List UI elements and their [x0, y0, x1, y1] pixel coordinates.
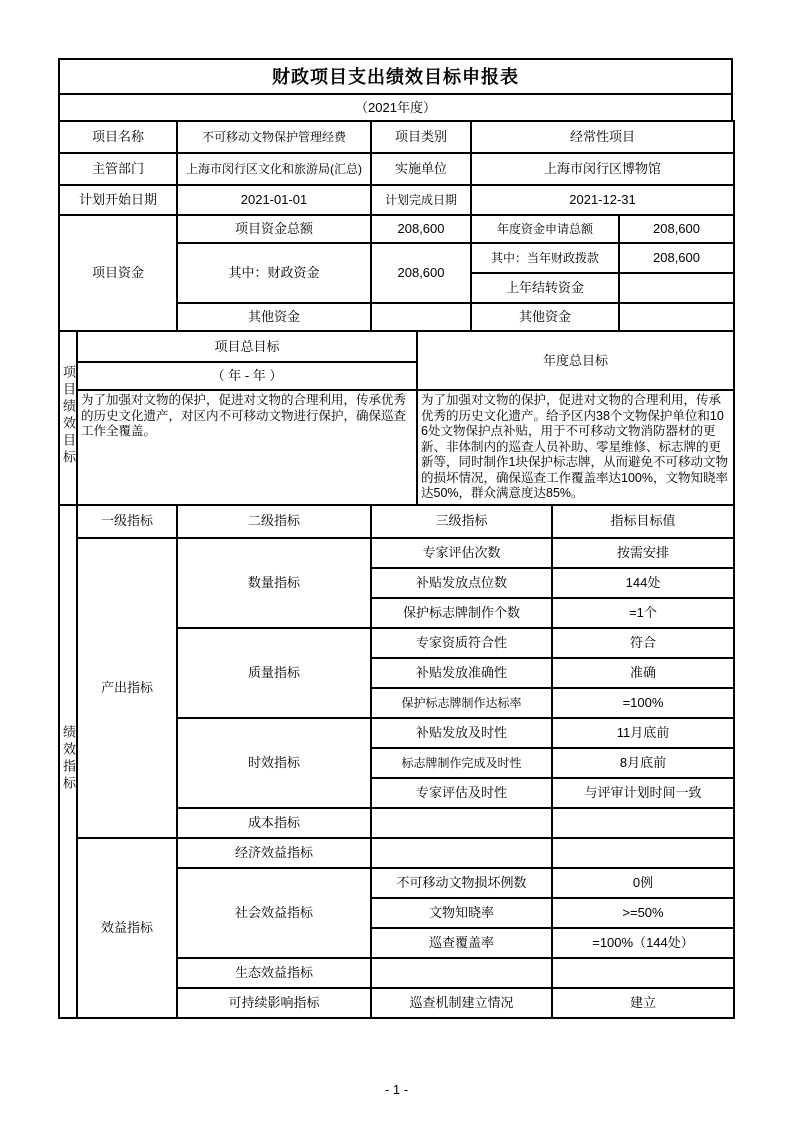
- header-level3: 三级指标: [371, 505, 552, 538]
- other-funds-left-label: 其他资金: [177, 303, 371, 331]
- indicator-target: 144处: [552, 568, 734, 598]
- indicator-target: [552, 958, 734, 988]
- start-date-value: 2021-01-01: [177, 185, 371, 215]
- level2-economic: 经济效益指标: [177, 838, 371, 868]
- indicator-name: 不可移动文物损坏例数: [371, 868, 552, 898]
- level2-quality: 质量指标: [177, 628, 371, 718]
- basic-info-table: 项目名称 不可移动文物保护管理经费 项目类别 经常性项目 主管部门 上海市闵行区…: [58, 120, 735, 216]
- fiscal-funds-label: 其中：财政资金: [177, 243, 371, 303]
- indicator-name: 专家评估及时性: [371, 778, 552, 808]
- current-alloc-label: 其中：当年财政拨款: [471, 243, 619, 273]
- dept-value: 上海市闵行区文化和旅游局(汇总): [177, 153, 371, 185]
- indicator-target: 0例: [552, 868, 734, 898]
- fiscal-funds-value: 208,600: [371, 243, 471, 303]
- indicator-target: [552, 808, 734, 838]
- header-level2: 二级指标: [177, 505, 371, 538]
- indicator-target: 与评审计划时间一致: [552, 778, 734, 808]
- title-table: 财政项目支出绩效目标申报表: [58, 58, 733, 95]
- start-date-label: 计划开始日期: [59, 185, 177, 215]
- indicator-target: 11月底前: [552, 718, 734, 748]
- page-number: - 1 -: [0, 1082, 793, 1097]
- other-funds-right-label: 其他资金: [471, 303, 619, 331]
- indicator-target: 建立: [552, 988, 734, 1018]
- subtitle-table: （2021年度）: [58, 93, 733, 122]
- indicator-target: 符合: [552, 628, 734, 658]
- indicator-target: [552, 838, 734, 868]
- carryover-label: 上年结转资金: [471, 273, 619, 303]
- indicator-target: 准确: [552, 658, 734, 688]
- indicator-target: 8月底前: [552, 748, 734, 778]
- indicator-name: 保护标志牌制作达标率: [371, 688, 552, 718]
- header-level1: 一级指标: [77, 505, 177, 538]
- goals-table: 项目绩效目标 项目总目标 年度总目标 （ 年 - 年 ） 为了加强对文物的保护，…: [58, 330, 735, 506]
- dept-label: 主管部门: [59, 153, 177, 185]
- indicators-table: 绩效指标 一级指标 二级指标 三级指标 指标目标值 产出指标 数量指标 专家评估…: [58, 504, 735, 1019]
- indicator-target: =100%: [552, 688, 734, 718]
- header-target: 指标目标值: [552, 505, 734, 538]
- indicator-name: [371, 838, 552, 868]
- annual-total-label: 年度资金申请总额: [471, 215, 619, 243]
- goal-period: （ 年 - 年 ）: [77, 362, 417, 390]
- indicator-name: 补贴发放准确性: [371, 658, 552, 688]
- indicator-name: 补贴发放点位数: [371, 568, 552, 598]
- annual-goal-label: 年度总目标: [417, 331, 734, 390]
- indicator-row: 效益指标 经济效益指标: [59, 838, 734, 868]
- indicator-name: 标志牌制作完成及时性: [371, 748, 552, 778]
- form-year: （2021年度）: [59, 94, 732, 121]
- annual-goal-text: 为了加强对文物的保护，促进对文物的合理利用，传承优秀的历史文化遗产。给予区内38…: [417, 390, 734, 505]
- indicator-name: 文物知晓率: [371, 898, 552, 928]
- overall-goal-text: 为了加强对文物的保护，促进对文物的合理利用，传承优秀的历史文化遗产，对区内不可移…: [77, 390, 417, 505]
- category-label: 项目类别: [371, 121, 471, 153]
- indicator-name: [371, 958, 552, 988]
- declaration-form: 财政项目支出绩效目标申报表 （2021年度） 项目名称 不可移动文物保护管理经费…: [58, 58, 733, 1019]
- indicator-name: 专家评估次数: [371, 538, 552, 568]
- indicators-side-label-cell: 绩效指标: [59, 505, 77, 1018]
- other-funds-left-value: [371, 303, 471, 331]
- end-date-value: 2021-12-31: [471, 185, 734, 215]
- funding-table: 项目资金 项目资金总额 208,600 年度资金申请总额 208,600 其中：…: [58, 214, 735, 332]
- indicators-side-label: 绩效指标: [60, 725, 76, 793]
- funding-total-label: 项目资金总额: [177, 215, 371, 243]
- indicator-target: 按需安排: [552, 538, 734, 568]
- other-funds-right-value: [619, 303, 734, 331]
- unit-label: 实施单位: [371, 153, 471, 185]
- level2-ecological: 生态效益指标: [177, 958, 371, 988]
- current-alloc-value: 208,600: [619, 243, 734, 273]
- level2-timeliness: 时效指标: [177, 718, 371, 808]
- level1-benefit: 效益指标: [77, 838, 177, 1018]
- level2-social: 社会效益指标: [177, 868, 371, 958]
- level1-output: 产出指标: [77, 538, 177, 838]
- carryover-value: [619, 273, 734, 303]
- end-date-label: 计划完成日期: [371, 185, 471, 215]
- indicator-name: 专家资质符合性: [371, 628, 552, 658]
- page-title: 财政项目支出绩效目标申报表: [59, 59, 732, 94]
- indicator-target: =100%（144处）: [552, 928, 734, 958]
- funding-group-label: 项目资金: [59, 215, 177, 331]
- overall-goal-label: 项目总目标: [77, 331, 417, 362]
- project-name-value: 不可移动文物保护管理经费: [177, 121, 371, 153]
- indicator-row: 产出指标 数量指标 专家评估次数 按需安排: [59, 538, 734, 568]
- indicator-name: 保护标志牌制作个数: [371, 598, 552, 628]
- annual-total-value: 208,600: [619, 215, 734, 243]
- indicator-name: 补贴发放及时性: [371, 718, 552, 748]
- indicator-target: >=50%: [552, 898, 734, 928]
- level2-cost: 成本指标: [177, 808, 371, 838]
- project-name-label: 项目名称: [59, 121, 177, 153]
- indicator-target: =1个: [552, 598, 734, 628]
- unit-value: 上海市闵行区博物馆: [471, 153, 734, 185]
- indicator-name: 巡查覆盖率: [371, 928, 552, 958]
- funding-total-value: 208,600: [371, 215, 471, 243]
- goals-side-label: 项目绩效目标: [60, 365, 76, 467]
- category-value: 经常性项目: [471, 121, 734, 153]
- level2-sustainability: 可持续影响指标: [177, 988, 371, 1018]
- indicator-name: 巡查机制建立情况: [371, 988, 552, 1018]
- indicator-name: [371, 808, 552, 838]
- level2-quantity: 数量指标: [177, 538, 371, 628]
- goals-side-label-cell: 项目绩效目标: [59, 331, 77, 505]
